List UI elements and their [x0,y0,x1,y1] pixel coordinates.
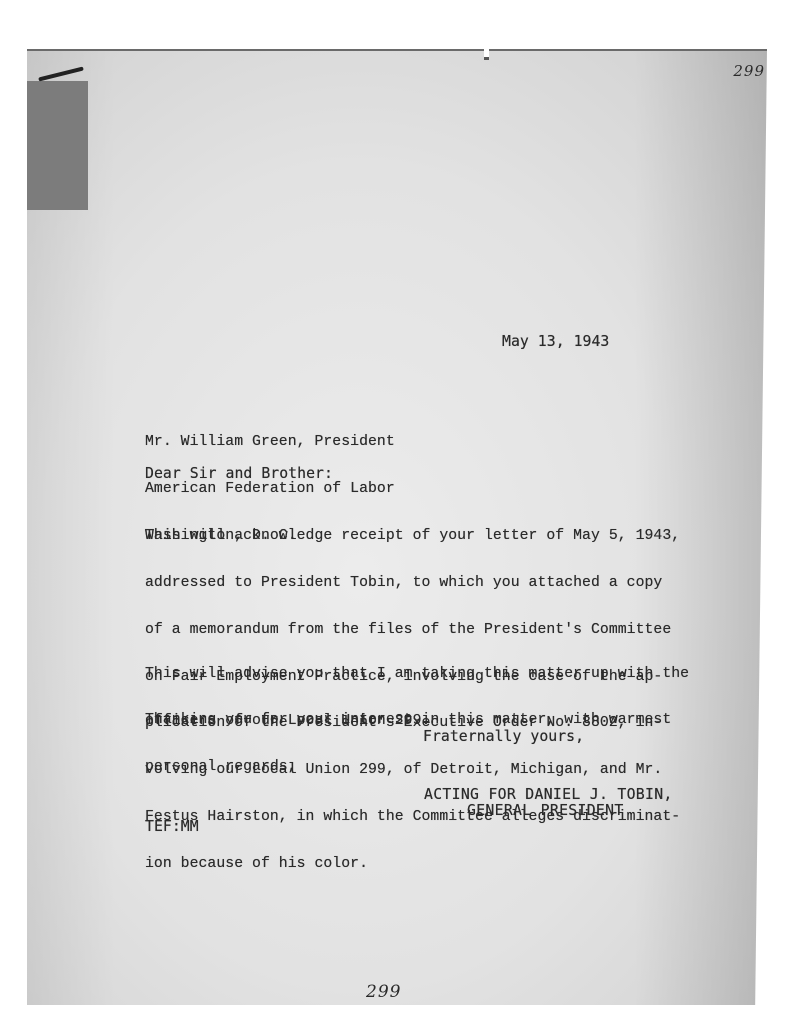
recipient-line: Mr. William Green, President [145,435,395,451]
archive-page-number-top: 299 [733,62,765,80]
body-paragraph-3: Thanking you for your interest in this m… [145,682,671,791]
paper-notch [484,47,489,60]
body-line: addressed to President Tobin, to which y… [145,576,680,592]
signature-line-1: ACTING FOR DANIEL J. TOBIN, [424,787,673,803]
letter-date: May 13, 1943 [502,334,609,350]
archive-page-number-bottom: 299 [366,982,401,1002]
body-line: personal regards, [145,760,671,776]
complimentary-close: Fraternally yours, [423,729,584,745]
salutation: Dear Sir and Brother: [145,466,333,482]
reference-initials: TEF:MM [145,819,199,835]
body-line: Thanking you for your interest in this m… [145,713,671,729]
body-line: This will acknowledge receipt of your le… [145,529,680,545]
body-line: This will advise you that I am taking th… [145,667,689,683]
recipient-line: American Federation of Labor [145,482,395,498]
signature-line-2: GENERAL PRESIDENT [467,803,624,819]
body-line: ion because of his color. [145,857,680,873]
file-tab-marker [27,81,88,210]
